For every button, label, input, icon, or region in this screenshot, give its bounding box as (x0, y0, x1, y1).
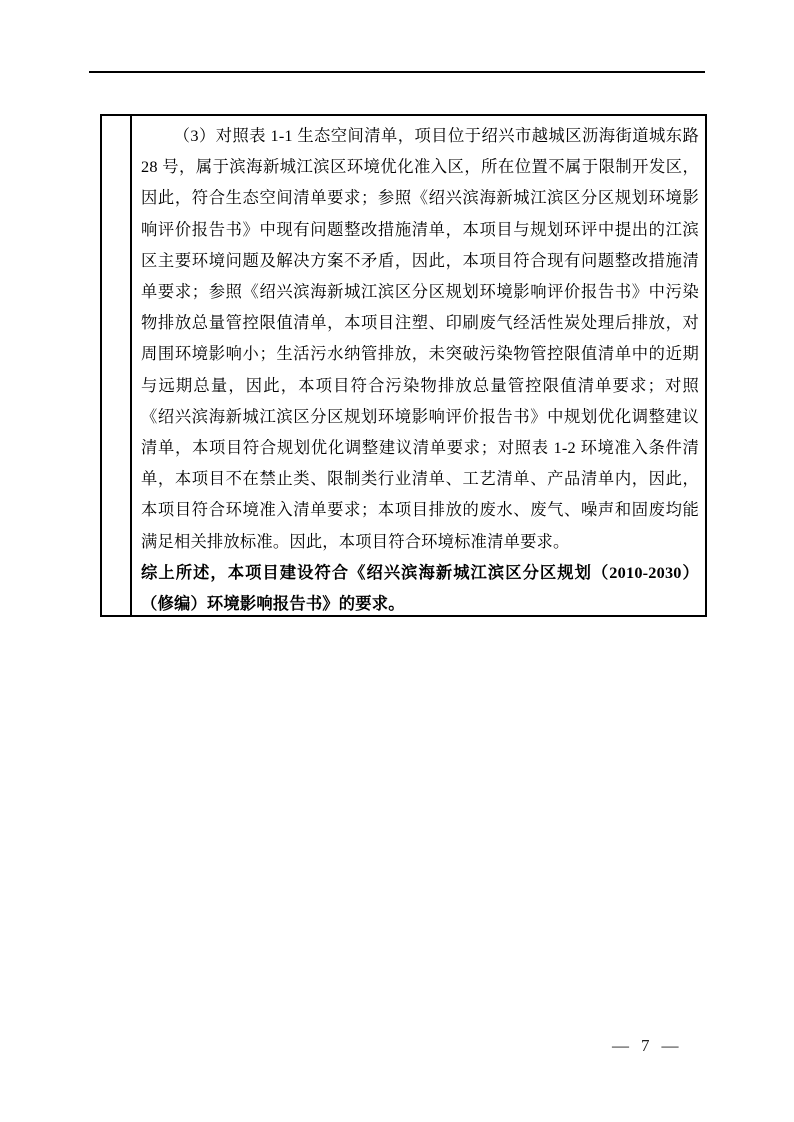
document-page: （3）对照表 1-1 生态空间清单，项目位于绍兴市越城区沥海街道城东路 28 号… (0, 0, 794, 1122)
page-number: 7 (641, 1036, 650, 1055)
table-main-cell: （3）对照表 1-1 生态空间清单，项目位于绍兴市越城区沥海街道城东路 28 号… (132, 116, 705, 615)
page-footer: —7— (612, 1034, 679, 1058)
footer-right-dash: — (662, 1036, 679, 1055)
footer-left-dash: — (612, 1036, 629, 1055)
header-divider-line (89, 71, 705, 73)
paragraph-conclusion: 综上所述，本项目建设符合《绍兴滨海新城江滨区分区规划（2010-2030）（修编… (141, 557, 699, 615)
paragraph-compliance-analysis: （3）对照表 1-1 生态空间清单，项目位于绍兴市越城区沥海街道城东路 28 号… (141, 120, 699, 557)
table-left-empty-cell (102, 116, 132, 615)
content-table: （3）对照表 1-1 生态空间清单，项目位于绍兴市越城区沥海街道城东路 28 号… (100, 114, 707, 617)
